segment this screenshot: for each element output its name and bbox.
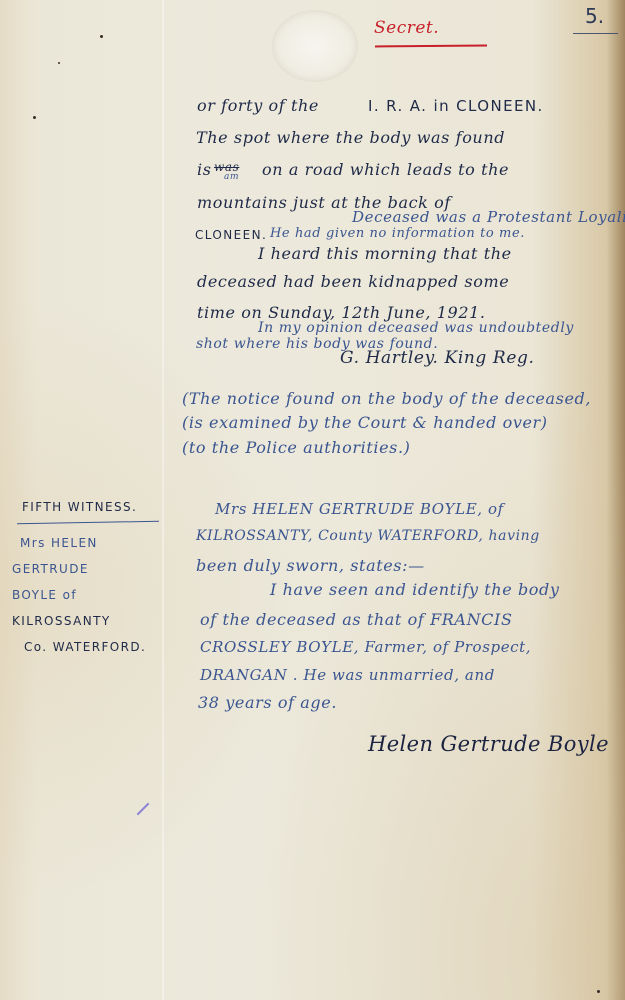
classification-stamp: Secret. xyxy=(374,18,439,38)
note-line: (is examined by the Court & handed over) xyxy=(182,413,548,432)
inserted-line: Deceased was a Protestant Loyalist. xyxy=(352,208,625,226)
testimony-line: I have seen and identify the body xyxy=(270,580,560,599)
text-line: I heard this morning that the xyxy=(258,244,512,263)
testimony-line: of the deceased as that of FRANCIS xyxy=(200,610,513,629)
classification-underline xyxy=(375,45,487,48)
document-page: Secret. 5. or forty of the I. R. A. in C… xyxy=(0,0,625,1000)
text-line: is xyxy=(197,160,212,179)
margin-heading-underline xyxy=(17,521,159,524)
testimony-line: 38 years of age. xyxy=(198,693,337,712)
margin-heading: FIFTH WITNESS. xyxy=(22,500,137,514)
testimony-line: KILROSSANTY, County WATERFORD, having xyxy=(196,528,540,544)
testimony-line: been duly sworn, states:— xyxy=(196,556,425,575)
text-line: on a road which leads to the xyxy=(262,160,509,179)
inserted-line: He had given no information to me. xyxy=(270,226,525,241)
testimony-signature: Helen Gertrude Boyle xyxy=(368,732,609,756)
testimony-line: CROSSLEY BOYLE, Farmer, of Prospect, xyxy=(200,638,531,656)
note-line: (The notice found on the body of the dec… xyxy=(182,389,591,408)
testimony-line: Mrs HELEN GERTRUDE BOYLE, of xyxy=(215,500,504,518)
page-number: 5. xyxy=(585,4,604,28)
text-line: deceased had been kidnapped some xyxy=(197,272,509,291)
margin-line: KILROSSANTY xyxy=(12,614,111,628)
margin-line: Co. WATERFORD. xyxy=(24,640,146,654)
paper-speck xyxy=(597,990,600,993)
stray-ink-mark xyxy=(137,803,150,816)
paper-speck xyxy=(33,116,36,119)
text-line: I. R. A. in CLONEEN. xyxy=(368,97,544,115)
inserted-word: am xyxy=(224,172,239,182)
margin-line: Mrs HELEN xyxy=(20,536,98,550)
text-line: CLONEEN. xyxy=(195,228,267,242)
note-line: (to the Police authorities.) xyxy=(182,438,411,457)
text-line: The spot where the body was found xyxy=(196,128,505,147)
margin-line: GERTRUDE xyxy=(12,562,89,576)
paper-speck xyxy=(58,62,60,64)
paper-speck xyxy=(100,35,103,38)
inserted-line: In my opinion deceased was undoubtedly xyxy=(258,320,574,336)
text-line: or forty of the xyxy=(197,96,319,115)
witness-signature: G. Hartley. King Reg. xyxy=(340,348,534,368)
page-fold-line xyxy=(162,0,164,1000)
testimony-line: DRANGAN . He was unmarried, and xyxy=(200,666,495,684)
page-number-underline xyxy=(573,33,618,34)
embossed-seal xyxy=(272,10,358,82)
margin-line: BOYLE of xyxy=(12,588,77,602)
